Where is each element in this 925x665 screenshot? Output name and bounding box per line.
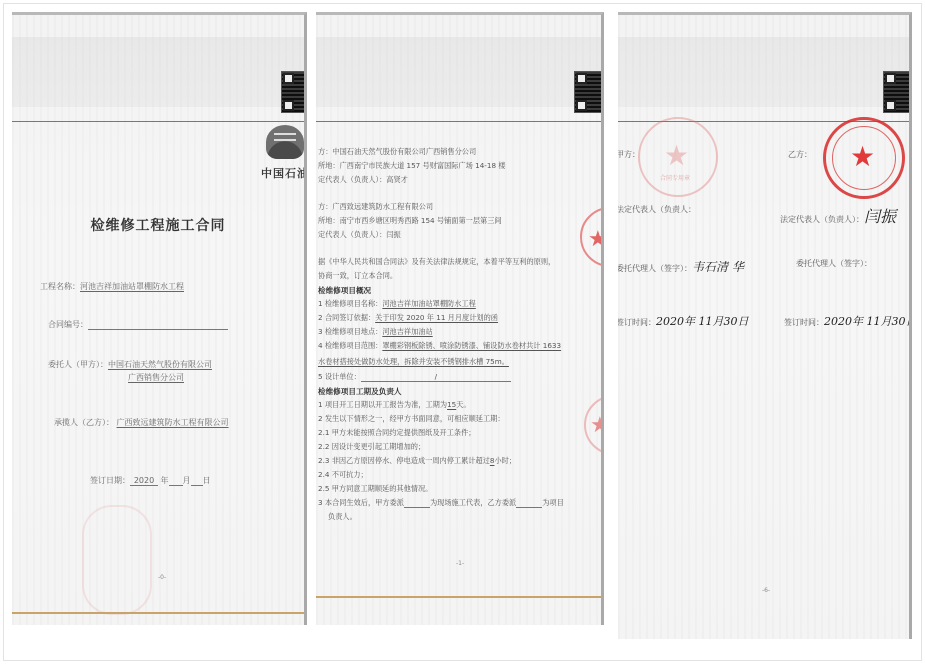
term-prefix: 2.4 [318, 470, 332, 479]
item-value: 罩棚彩钢板除锈、喷涂防锈漆、铺设防水卷材共计 1633 [382, 341, 561, 350]
contract-number-blank [88, 329, 228, 330]
term-suffix: 天。 [456, 400, 470, 409]
item-project-location: 3 检维修项目地点：河池吉祥加油站 [318, 327, 433, 337]
year-unit: 年 [161, 476, 169, 485]
star-icon: ★ [590, 413, 604, 438]
seal-text: 合同专用章 [660, 173, 690, 182]
item-value: 水卷材搭接处做防水处理，拆除并安装不锈钢排水槽 75m。 [318, 357, 509, 366]
term-suffix: 小时； [494, 456, 516, 465]
term-text: 非因乙方原因停水、停电造成一周内停工累计超过 [332, 456, 490, 465]
item-label: 2 合同签订依据： [318, 313, 375, 322]
term-2-2: 2.2 因设计变更引起工期增加的； [318, 442, 425, 452]
term-2-1: 2.1 甲方未能按照合同约定提供图纸及开工条件； [318, 428, 475, 438]
party-b-representative: 定代表人（负责人）：闫振 [318, 230, 401, 240]
header-rule [12, 121, 304, 122]
client-field-line2: 广西销售分公司 [128, 372, 184, 383]
term-prefix: 2.3 [318, 456, 332, 465]
document-page-cover: 中国石油 检维修工程施工合同 工程名称：河池吉祥加油站罩棚防水工程 合同编号： … [12, 12, 307, 625]
faint-stamp-bleed [82, 505, 152, 615]
party-a-representative: 定代表人（负责人）：高贤才 [318, 175, 408, 185]
term-prefix: 2 [318, 414, 325, 423]
party-b-sign-time-label: 签订时间： [784, 318, 824, 327]
term-2-5: 2.5 甲方同意工期顺延的其他情况。 [318, 484, 432, 494]
party-b-legal-rep-label: 法定代表人（负责人）： [780, 215, 864, 224]
sign-date-field: 签订日期：2020 年月日 [90, 475, 211, 486]
party-a-agent-label: 委托代理人（签字）： [618, 264, 692, 273]
party-b-address: 所地：南宁市西乡塘区明秀西路 154 号铺面第一层第三间 [318, 216, 502, 226]
term-prefix: 2.2 [318, 442, 332, 451]
item-project-scope-continued: 水卷材搭接处做防水处理，拆除并安装不锈钢排水槽 75m。 [318, 357, 509, 367]
party-b-legal-rep-signature: 闫振 [864, 207, 896, 226]
term-prefix: 2.1 [318, 428, 332, 437]
party-b-label: 乙方： [788, 149, 812, 160]
header-band [12, 37, 304, 107]
sign-date-label: 签订日期： [90, 476, 130, 485]
header-band [316, 37, 601, 107]
qr-code-icon [574, 71, 602, 113]
logo-text: 中国石油 [260, 165, 307, 181]
month-unit: 月 [183, 476, 191, 485]
term-extension: 2 发生以下情形之一，经甲方书面同意，可相应顺延工期： [318, 414, 505, 424]
design-unit-value: / [361, 372, 511, 382]
contract-number-label: 合同编号： [48, 320, 88, 329]
petrochina-logo: 中国石油 [260, 125, 307, 181]
term-text: 甲方同意工期顺延的其他情况。 [332, 484, 433, 493]
item-contract-basis: 2 合同签订依据：关于印发 2020 年 11 月月度计划的函 [318, 313, 498, 323]
term-text: 因设计变更引起工期增加的； [332, 442, 425, 451]
client-value-line2: 广西销售分公司 [128, 373, 184, 382]
party-b-agent-label: 委托代理人（签字）： [796, 258, 872, 269]
contractor-value: 广西致远建筑防水工程有限公司 [117, 418, 229, 427]
preamble-line2: 协商一致，订立本合同。 [318, 271, 397, 281]
day-blank [191, 485, 203, 486]
client-value-line1: 中国石油天然气股份有限公司 [108, 360, 212, 369]
bottom-rule [12, 612, 304, 614]
term-text: 项目开工日期以开工报告为准，工期为 [325, 400, 447, 409]
party-b-company-seal: ★ [823, 117, 905, 199]
item-label: 5 设计单位： [318, 372, 361, 381]
duration-days: 15 [447, 400, 456, 409]
term-2-3: 2.3 非因乙方原因停水、停电造成一周内停工累计超过8小时； [318, 456, 516, 466]
item-value: 河池吉祥加油站罩棚防水工程 [382, 299, 475, 308]
party-a-sign-time-value: 2020年 11月30日 [656, 315, 749, 328]
item-project-name: 1 检维修项目名称：河池吉祥加油站罩棚防水工程 [318, 299, 476, 309]
star-icon: ★ [850, 140, 875, 173]
party-a-agent-field: 委托代理人（签字）：韦石清 华 [618, 258, 744, 275]
page-number: -1- [456, 560, 464, 567]
star-icon: ★ [588, 227, 604, 252]
term-text: 不可抗力； [332, 470, 368, 479]
project-name-field: 工程名称：河池吉祥加油站罩棚防水工程 [40, 281, 184, 292]
header-band [618, 37, 909, 107]
month-blank [169, 485, 183, 486]
page-number: -0- [158, 574, 166, 581]
qr-code-icon [883, 71, 911, 113]
term-prefix: 2.5 [318, 484, 332, 493]
contractor-label: 承揽人（乙方）： [54, 418, 114, 427]
contractor-field: 承揽人（乙方）： 广西致远建筑防水工程有限公司 [54, 417, 229, 428]
bottom-rule [316, 596, 601, 598]
section1-title: 检维修项目概况 [318, 285, 371, 296]
qr-code-icon [281, 71, 307, 113]
party-b-sign-time-value: 2020年 11月30日 [824, 315, 912, 328]
petrochina-logo-icon [266, 125, 304, 159]
item-label: 3 检维修项目地点： [318, 327, 382, 336]
party-b-legal-rep-field: 法定代表人（负责人）：闫振 [780, 204, 896, 227]
term-suffix: 为项目 [542, 498, 564, 507]
term-text: 本合同生效后，甲方委派 [325, 498, 404, 507]
term-representatives: 3 本合同生效后，甲方委派为现场施工代表，乙方委派为项目 [318, 498, 564, 508]
project-name-label: 工程名称： [40, 282, 80, 291]
document-title: 检维修工程施工合同 [12, 215, 304, 235]
item-project-scope: 4 检维修项目范围：罩棚彩钢板除锈、喷涂防锈漆、铺设防水卷材共计 1633 [318, 341, 561, 351]
header-rule [316, 121, 601, 122]
document-page-signatures: ★ 合同专用章 甲方： 乙方： ★ 法定代表人（负责人： 法定代表人（负责人）：… [618, 12, 912, 639]
party-a-rep-blank [404, 507, 430, 508]
sign-year: 2020 [130, 476, 158, 486]
party-a-label: 甲方： [618, 149, 640, 160]
item-label: 4 检维修项目范围： [318, 341, 382, 350]
item-design-unit: 5 设计单位：/ [318, 372, 511, 382]
page-number: -6- [762, 587, 770, 594]
party-a-contract-seal: ★ 合同专用章 [638, 117, 718, 197]
party-a-address: 所地：广西南宁市民族大道 157 号财富国际广场 14-18 楼 [318, 161, 506, 171]
term-prefix: 1 [318, 400, 325, 409]
project-name-value: 河池吉祥加油站罩棚防水工程 [80, 282, 184, 291]
party-a-sign-time-field: 签订时间：2020年 11月30日 [618, 313, 749, 329]
term-suffix: 为现场施工代表，乙方委派 [430, 498, 516, 507]
party-b-name: 方：广西致远建筑防水工程有限公司 [318, 202, 433, 212]
term-prefix: 3 [318, 498, 325, 507]
term-duration: 1 项目开工日期以开工报告为准，工期为15天。 [318, 400, 471, 410]
contract-number-field: 合同编号： [48, 319, 228, 330]
item-value: 河池吉祥加油站 [382, 327, 432, 336]
term-text: 甲方未能按照合同约定提供图纸及开工条件； [332, 428, 476, 437]
preamble-line1: 据《中华人民共和国合同法》及有关法律法规规定，本着平等互利的原则， [318, 257, 555, 267]
term-last-line: 负责人。 [328, 512, 357, 522]
client-field: 委托人（甲方）：中国石油天然气股份有限公司 [48, 359, 212, 370]
party-b-sign-time-field: 签订时间：2020年 11月30日 [784, 313, 912, 329]
document-page-terms: 方：中国石油天然气股份有限公司广西销售分公司 所地：广西南宁市民族大道 157 … [316, 12, 604, 625]
item-label: 1 检维修项目名称： [318, 299, 382, 308]
party-a-name: 方：中国石油天然气股份有限公司广西销售分公司 [318, 147, 476, 157]
party-a-legal-rep-label: 法定代表人（负责人： [618, 204, 696, 215]
star-icon: ★ [664, 139, 689, 172]
client-label: 委托人（甲方）： [48, 360, 108, 369]
day-unit: 日 [203, 476, 211, 485]
section2-title: 检维修项目工期及负责人 [318, 386, 402, 397]
term-text: 发生以下情形之一，经甲方书面同意，可相应顺延工期： [325, 414, 505, 423]
term-2-4: 2.4 不可抗力； [318, 470, 368, 480]
party-a-sign-time-label: 签订时间： [618, 318, 656, 327]
party-a-agent-signature: 韦石清 华 [692, 260, 744, 274]
party-b-rep-blank [516, 507, 542, 508]
item-value: 关于印发 2020 年 11 月月度计划的函 [375, 313, 498, 322]
